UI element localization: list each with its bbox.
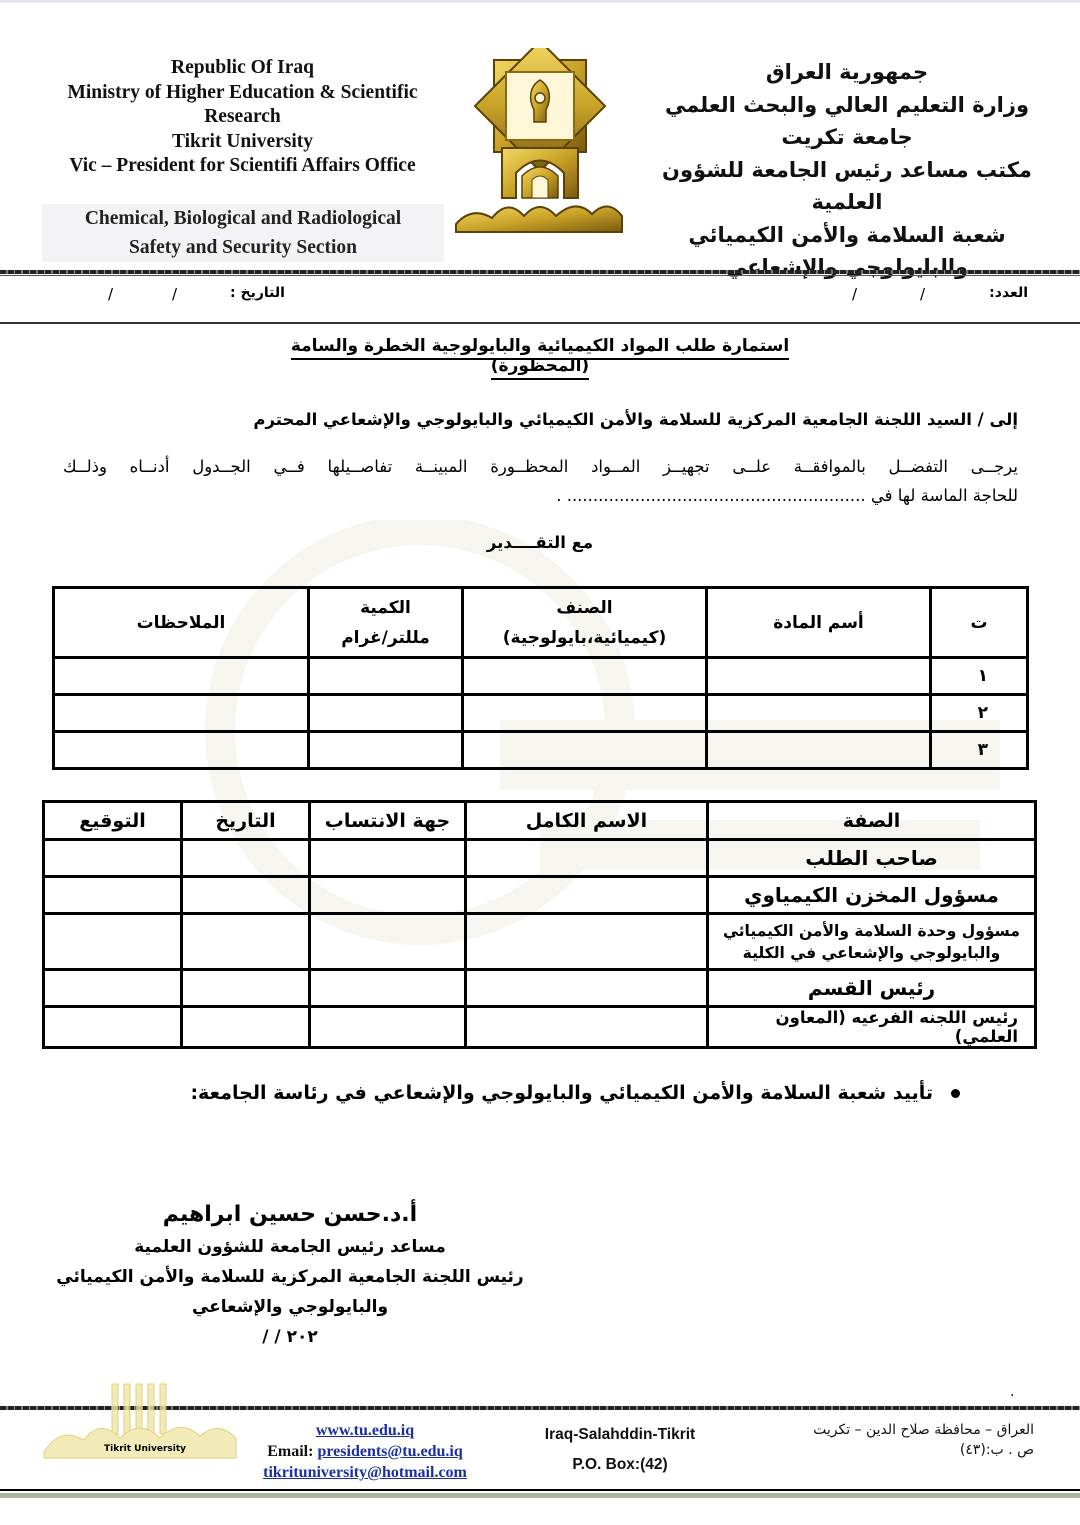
approvals-header-row: الصفة الاسم الكامل جهة الانتساب التاريخ … [44, 802, 1036, 840]
full-name-cell[interactable] [466, 914, 708, 970]
arabic-line-office: مكتب مساعد رئيس الجامعة للشؤون العلمية [632, 154, 1062, 219]
table-row: رئيس القسم [44, 970, 1036, 1007]
header-quantity-line1: الكمية [310, 593, 461, 623]
affiliation-cell[interactable] [310, 914, 466, 970]
email-link-hotmail[interactable]: tikrituniversity@hotmail.com [263, 1464, 467, 1481]
material-notes-cell[interactable] [54, 695, 309, 732]
arabic-line-university: جامعة تكريت [632, 121, 1062, 154]
arabic-line-section1: شعبة السلامة والأمن الكيميائي [632, 219, 1062, 252]
role-college-safety-line1: مسؤول وحدة السلامة والأمن الكيميائي [709, 920, 1034, 942]
english-line-university: Tikrit University [40, 130, 445, 155]
role-subcommittee-head: رئيس اللجنه الفرعيه (المعاون العلمي) [708, 1007, 1036, 1048]
material-name-cell[interactable] [707, 658, 931, 695]
bullet-icon [951, 1089, 960, 1098]
number-slash-1: / [920, 285, 925, 303]
number-slash-2: / [852, 285, 857, 303]
english-section-line1: Chemical, Biological and Radiological [42, 204, 444, 233]
email-link-presidents[interactable]: presidents@tu.edu.iq [317, 1443, 462, 1460]
header-material-name: أسم المادة [707, 588, 931, 658]
footer-contact: www.tu.edu.iq Email: presidents@tu.edu.i… [245, 1420, 485, 1483]
signature-cell[interactable] [44, 914, 182, 970]
approvals-table: الصفة الاسم الكامل جهة الانتساب التاريخ … [42, 800, 1037, 1049]
arabic-line-section2: والبايولوجي والإشعاعي [632, 251, 1062, 284]
full-name-cell[interactable] [466, 1007, 708, 1048]
material-type-cell[interactable] [463, 658, 707, 695]
material-notes-cell[interactable] [54, 732, 309, 769]
role-department-head: رئيس القسم [708, 970, 1036, 1007]
footer-logo-icon: Tikrit University [40, 1382, 240, 1462]
table-row: ٣ [54, 732, 1028, 769]
material-type-cell[interactable] [463, 695, 707, 732]
english-line-research: Research [40, 105, 445, 130]
footer-address-en: Iraq-Salahddin-Tikrit P.O. Box:(42) [520, 1420, 720, 1480]
material-notes-cell[interactable] [54, 658, 309, 695]
signature-date: ٢٠٢ / / [40, 1322, 540, 1352]
signature-cell[interactable] [44, 970, 182, 1007]
header-type: الصنف (كيميائية،بايولوجية) [463, 588, 707, 658]
signature-block: أ.د.حسن حسين ابراهيم مساعد رئيس الجامعة … [40, 1198, 540, 1352]
header-notes: الملاحظات [54, 588, 309, 658]
role-college-safety-line2: والبايولوجي والإشعاعي في الكلية [709, 942, 1034, 964]
footer-address-ar: العراق – محافظة صلاح الدين – تكريت ص . ب… [813, 1420, 1034, 1460]
table-row: صاحب الطلب [44, 840, 1036, 877]
row-number: ٢ [931, 695, 1028, 732]
header-separator [0, 270, 1080, 274]
address-ar: العراق – محافظة صلاح الدين – تكريت [813, 1420, 1034, 1440]
date-label: التاريخ : [230, 285, 285, 301]
request-body-line2: للحاجة الماسة لها في ...................… [556, 483, 1018, 509]
date-cell[interactable] [182, 877, 310, 914]
full-name-cell[interactable] [466, 877, 708, 914]
endorsement-text: تأييد شعبة السلامة والأمن الكيميائي والب… [190, 1082, 933, 1104]
header-quantity: الكمية مللتر/غرام [309, 588, 463, 658]
affiliation-cell[interactable] [310, 970, 466, 1007]
material-name-cell[interactable] [707, 695, 931, 732]
header-notes-text: الملاحظات [137, 613, 226, 633]
english-line-office: Vic – President for Scientifi Affairs Of… [40, 154, 445, 179]
regards-text: مع التقــــدير [440, 533, 640, 552]
signature-cell[interactable] [44, 1007, 182, 1048]
signatory-title-3: والبايولوجي والإشعاعي [40, 1292, 540, 1322]
full-name-cell[interactable] [466, 970, 708, 1007]
date-cell[interactable] [182, 914, 310, 970]
pobox-en: P.O. Box:(42) [520, 1450, 720, 1480]
header-affiliation: جهة الانتساب [310, 802, 466, 840]
signatory-title-2: رئيس اللجنة الجامعية المركزية للسلامة وا… [40, 1262, 540, 1292]
material-type-cell[interactable] [463, 732, 707, 769]
pobox-ar: ص . ب:(٤٣) [813, 1440, 1034, 1460]
header-signature: التوقيع [44, 802, 182, 840]
email-label: Email: [267, 1443, 313, 1460]
addressee-line: إلى / السيد اللجنة الجامعية المركزية للس… [253, 410, 1018, 429]
row-number: ١ [931, 658, 1028, 695]
full-name-cell[interactable] [466, 840, 708, 877]
arabic-line-republic: جمهورية العراق [632, 56, 1062, 89]
footer-logo-caption: Tikrit University [104, 1444, 186, 1454]
material-quantity-cell[interactable] [309, 732, 463, 769]
table-row: ٢ [54, 695, 1028, 732]
arabic-line-ministry: وزارة التعليم العالي والبحث العلمي [632, 89, 1062, 122]
signatory-name: أ.د.حسن حسين ابراهيم [40, 1198, 540, 1232]
address-en: Iraq-Salahddin-Tikrit [520, 1420, 720, 1450]
table-row: ١ [54, 658, 1028, 695]
header-quantity-line2: مللتر/غرام [310, 623, 461, 653]
table-row: رئيس اللجنه الفرعيه (المعاون العلمي) [44, 1007, 1036, 1048]
top-edge-strip [0, 0, 1080, 3]
header-material-name-text: أسم المادة [773, 613, 864, 633]
table-row: مسؤول وحدة السلامة والأمن الكيميائي والب… [44, 914, 1036, 970]
english-letterhead: Republic Of Iraq Ministry of Higher Educ… [40, 56, 445, 179]
header-type-line1: الصنف [464, 593, 705, 623]
table-row: مسؤول المخزن الكيمياوي [44, 877, 1036, 914]
header-serial: ت [931, 588, 1028, 658]
header-full-name: الاسم الكامل [466, 802, 708, 840]
meta-separator [0, 322, 1080, 324]
english-line-ministry: Ministry of Higher Education & Scientifi… [40, 81, 445, 106]
materials-header-row: ت أسم المادة الصنف (كيميائية،بايولوجية) … [54, 588, 1028, 658]
footer-color-band [0, 1493, 1080, 1498]
date-cell[interactable] [182, 840, 310, 877]
english-section-box: Chemical, Biological and Radiological Sa… [42, 204, 444, 262]
role-requester: صاحب الطلب [708, 840, 1036, 877]
affiliation-cell[interactable] [310, 877, 466, 914]
materials-table: ت أسم المادة الصنف (كيميائية،بايولوجية) … [52, 586, 1029, 770]
date-slash-1: / [172, 285, 177, 303]
role-chemical-store-officer: مسؤول المخزن الكيمياوي [708, 877, 1036, 914]
request-body-line1: يرجــى التفضــل بالموافقــة علــى تجهيــ… [63, 452, 1018, 481]
endorsement-line: تأييد شعبة السلامة والأمن الكيميائي والب… [190, 1082, 960, 1104]
form-title: استمارة طلب المواد الكيميائية والبايولوج… [240, 336, 840, 376]
header-serial-text: ت [970, 613, 987, 633]
row-number: ٣ [931, 732, 1028, 769]
header-type-line2: (كيميائية،بايولوجية) [464, 623, 705, 653]
form-title-text: استمارة طلب المواد الكيميائية والبايولوج… [291, 336, 789, 380]
signature-cell[interactable] [44, 840, 182, 877]
affiliation-cell[interactable] [310, 1007, 466, 1048]
material-name-cell[interactable] [707, 732, 931, 769]
material-quantity-cell[interactable] [309, 658, 463, 695]
date-cell[interactable] [182, 1007, 310, 1048]
footer-bottom-line [0, 1489, 1080, 1491]
material-quantity-cell[interactable] [309, 695, 463, 732]
header-separator-thin [0, 275, 1080, 276]
date-slash-2: / [108, 285, 113, 303]
stray-dot: . [1010, 1384, 1014, 1400]
english-section-line2: Safety and Security Section [42, 233, 444, 262]
affiliation-cell[interactable] [310, 840, 466, 877]
signatory-title-1: مساعد رئيس الجامعة للشؤون العلمية [40, 1232, 540, 1262]
role-college-safety-unit-officer: مسؤول وحدة السلامة والأمن الكيميائي والب… [708, 914, 1036, 970]
number-label: العدد: [989, 285, 1028, 301]
header-date: التاريخ [182, 802, 310, 840]
website-link[interactable]: www.tu.edu.iq [316, 1422, 414, 1439]
arabic-letterhead: جمهورية العراق وزارة التعليم العالي والب… [632, 56, 1062, 284]
english-line-republic: Republic Of Iraq [40, 56, 445, 81]
header-capacity: الصفة [708, 802, 1036, 840]
date-cell[interactable] [182, 970, 310, 1007]
signature-cell[interactable] [44, 877, 182, 914]
tikrit-university-logo-icon [452, 48, 628, 244]
